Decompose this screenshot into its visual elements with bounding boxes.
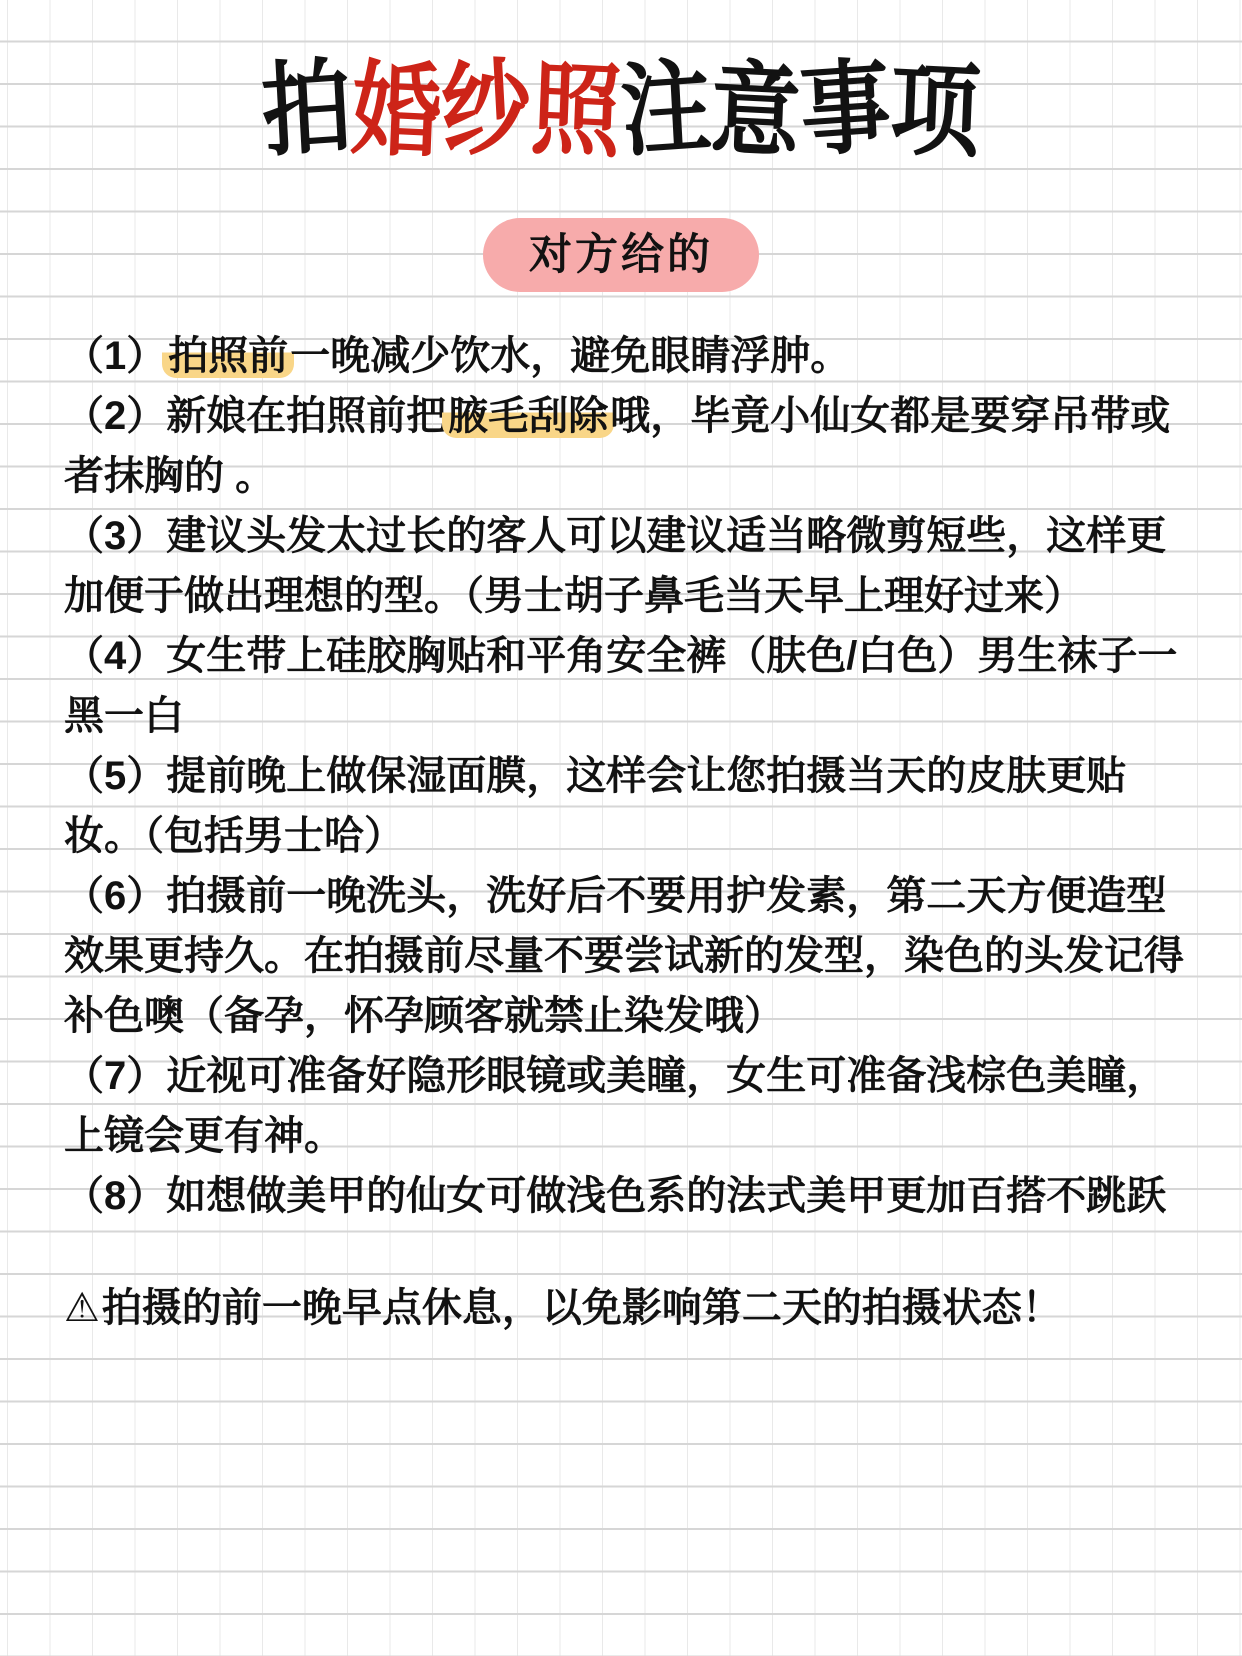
list-item-line: （3）建议头发太过长的客人可以建议适当略微剪短些，这样更	[64, 506, 1202, 566]
title-char: 事	[798, 49, 894, 169]
list-item-line: （7）近视可准备好隐形眼镜或美瞳，女生可准备浅棕色美瞳，	[64, 1046, 1202, 1106]
source-badge-label: 对方给的	[529, 231, 713, 279]
warning-icon: ⚠	[64, 1286, 100, 1330]
list-item-line: （6）拍摄前一晚洗头，洗好后不要用护发素，第二天方便造型	[64, 866, 1202, 926]
list-item-line: 妆。（包括男士哈）	[64, 806, 1202, 866]
text-run: 哦，毕竟小仙女都是要穿吊带或	[610, 394, 1170, 438]
source-badge: 对方给的	[483, 218, 759, 292]
list-item-line: 上镜会更有神。	[64, 1106, 1202, 1166]
list-item: （5）提前晚上做保湿面膜，这样会让您拍摄当天的皮肤更贴妆。（包括男士哈）	[64, 746, 1202, 866]
text-run: 一晚减少饮水，避免眼睛浮肿。	[290, 334, 850, 378]
text-run: （8）如想做美甲的仙女可做浅色系的法式美甲更加百搭不跳跃	[64, 1174, 1166, 1218]
list-item-line: 补色噢（备孕，怀孕顾客就禁止染发哦）	[64, 986, 1202, 1046]
page-title: 拍婚纱照注意事项	[75, 52, 1168, 166]
list-item-line: （5）提前晚上做保湿面膜，这样会让您拍摄当天的皮肤更贴	[64, 746, 1202, 806]
text-run: 黑一白	[64, 694, 184, 738]
text-run: 补色噢（备孕，怀孕顾客就禁止染发哦）	[64, 994, 784, 1038]
list-item: （1）拍照前一晚减少饮水，避免眼睛浮肿。	[64, 326, 1202, 386]
text-run: （6）拍摄前一晚洗头，洗好后不要用护发素，第二天方便造型	[64, 874, 1166, 918]
list-item: （4）女生带上硅胶胸贴和平角安全裤（肤色/白色）男生袜子一黑一白	[64, 626, 1202, 746]
list-item-line: （8）如想做美甲的仙女可做浅色系的法式美甲更加百搭不跳跃	[64, 1166, 1202, 1226]
text-run: （1）	[64, 334, 166, 378]
list-item-line: 效果更持久。在拍摄前尽量不要尝试新的发型，染色的头发记得	[64, 926, 1202, 986]
list-item: （3）建议头发太过长的客人可以建议适当略微剪短些，这样更加便于做出理想的型。（男…	[64, 506, 1202, 626]
warning-text: 拍摄的前一晚早点休息，以免影响第二天的拍摄状态！	[102, 1286, 1062, 1330]
list-item-line: （2）新娘在拍照前把腋毛刮除哦，毕竟小仙女都是要穿吊带或	[64, 386, 1202, 446]
list-item: （2）新娘在拍照前把腋毛刮除哦，毕竟小仙女都是要穿吊带或者抹胸的 。	[64, 386, 1202, 506]
list-item-line: 者抹胸的 。	[64, 446, 1202, 506]
list-item-line: 加便于做出理想的型。（男士胡子鼻毛当天早上理好过来）	[64, 566, 1202, 626]
text-run: 妆。（包括男士哈）	[64, 814, 404, 858]
highlighted-text: 腋毛刮除	[442, 394, 614, 438]
text-run: （7）近视可准备好隐形眼镜或美瞳，女生可准备浅棕色美瞳，	[64, 1054, 1166, 1098]
title-char: 注	[618, 49, 714, 169]
text-run: （4）女生带上硅胶胸贴和平角安全裤（肤色/白色）男生袜子一	[64, 634, 1177, 678]
list-item-line: （1）拍照前一晚减少饮水，避免眼睛浮肿。	[64, 326, 1202, 386]
list-item: （8）如想做美甲的仙女可做浅色系的法式美甲更加百搭不跳跃	[64, 1166, 1202, 1226]
text-run: 加便于做出理想的型。（男士胡子鼻毛当天早上理好过来）	[64, 574, 1084, 618]
title-char: 照	[529, 52, 623, 170]
title-char: 意	[709, 52, 803, 170]
title-char: 纱	[439, 49, 535, 169]
text-run: （2）新娘在拍照前把	[64, 394, 446, 438]
list-item: （7）近视可准备好隐形眼镜或美瞳，女生可准备浅棕色美瞳，上镜会更有神。	[64, 1046, 1202, 1166]
title-char: 婚	[349, 52, 443, 170]
list-item-line: 黑一白	[64, 686, 1202, 746]
tips-list: （1）拍照前一晚减少饮水，避免眼睛浮肿。（2）新娘在拍照前把腋毛刮除哦，毕竟小仙…	[0, 326, 1242, 1226]
title-char: 拍	[259, 49, 355, 169]
text-run: 者抹胸的 。	[64, 454, 275, 498]
title-char: 项	[888, 52, 982, 170]
poster-page: 拍婚纱照注意事项 对方给的 （1）拍照前一晚减少饮水，避免眼睛浮肿。（2）新娘在…	[0, 0, 1242, 1656]
list-item-line: （4）女生带上硅胶胸贴和平角安全裤（肤色/白色）男生袜子一	[64, 626, 1202, 686]
text-run: 效果更持久。在拍摄前尽量不要尝试新的发型，染色的头发记得	[64, 934, 1184, 978]
warning-note: ⚠拍摄的前一晚早点休息，以免影响第二天的拍摄状态！	[0, 1278, 1242, 1338]
text-run: （5）提前晚上做保湿面膜，这样会让您拍摄当天的皮肤更贴	[64, 754, 1126, 798]
text-run: 上镜会更有神。	[64, 1114, 344, 1158]
text-run: （3）建议头发太过长的客人可以建议适当略微剪短些，这样更	[64, 514, 1166, 558]
list-item: （6）拍摄前一晚洗头，洗好后不要用护发素，第二天方便造型效果更持久。在拍摄前尽量…	[64, 866, 1202, 1046]
highlighted-text: 拍照前	[162, 334, 294, 378]
